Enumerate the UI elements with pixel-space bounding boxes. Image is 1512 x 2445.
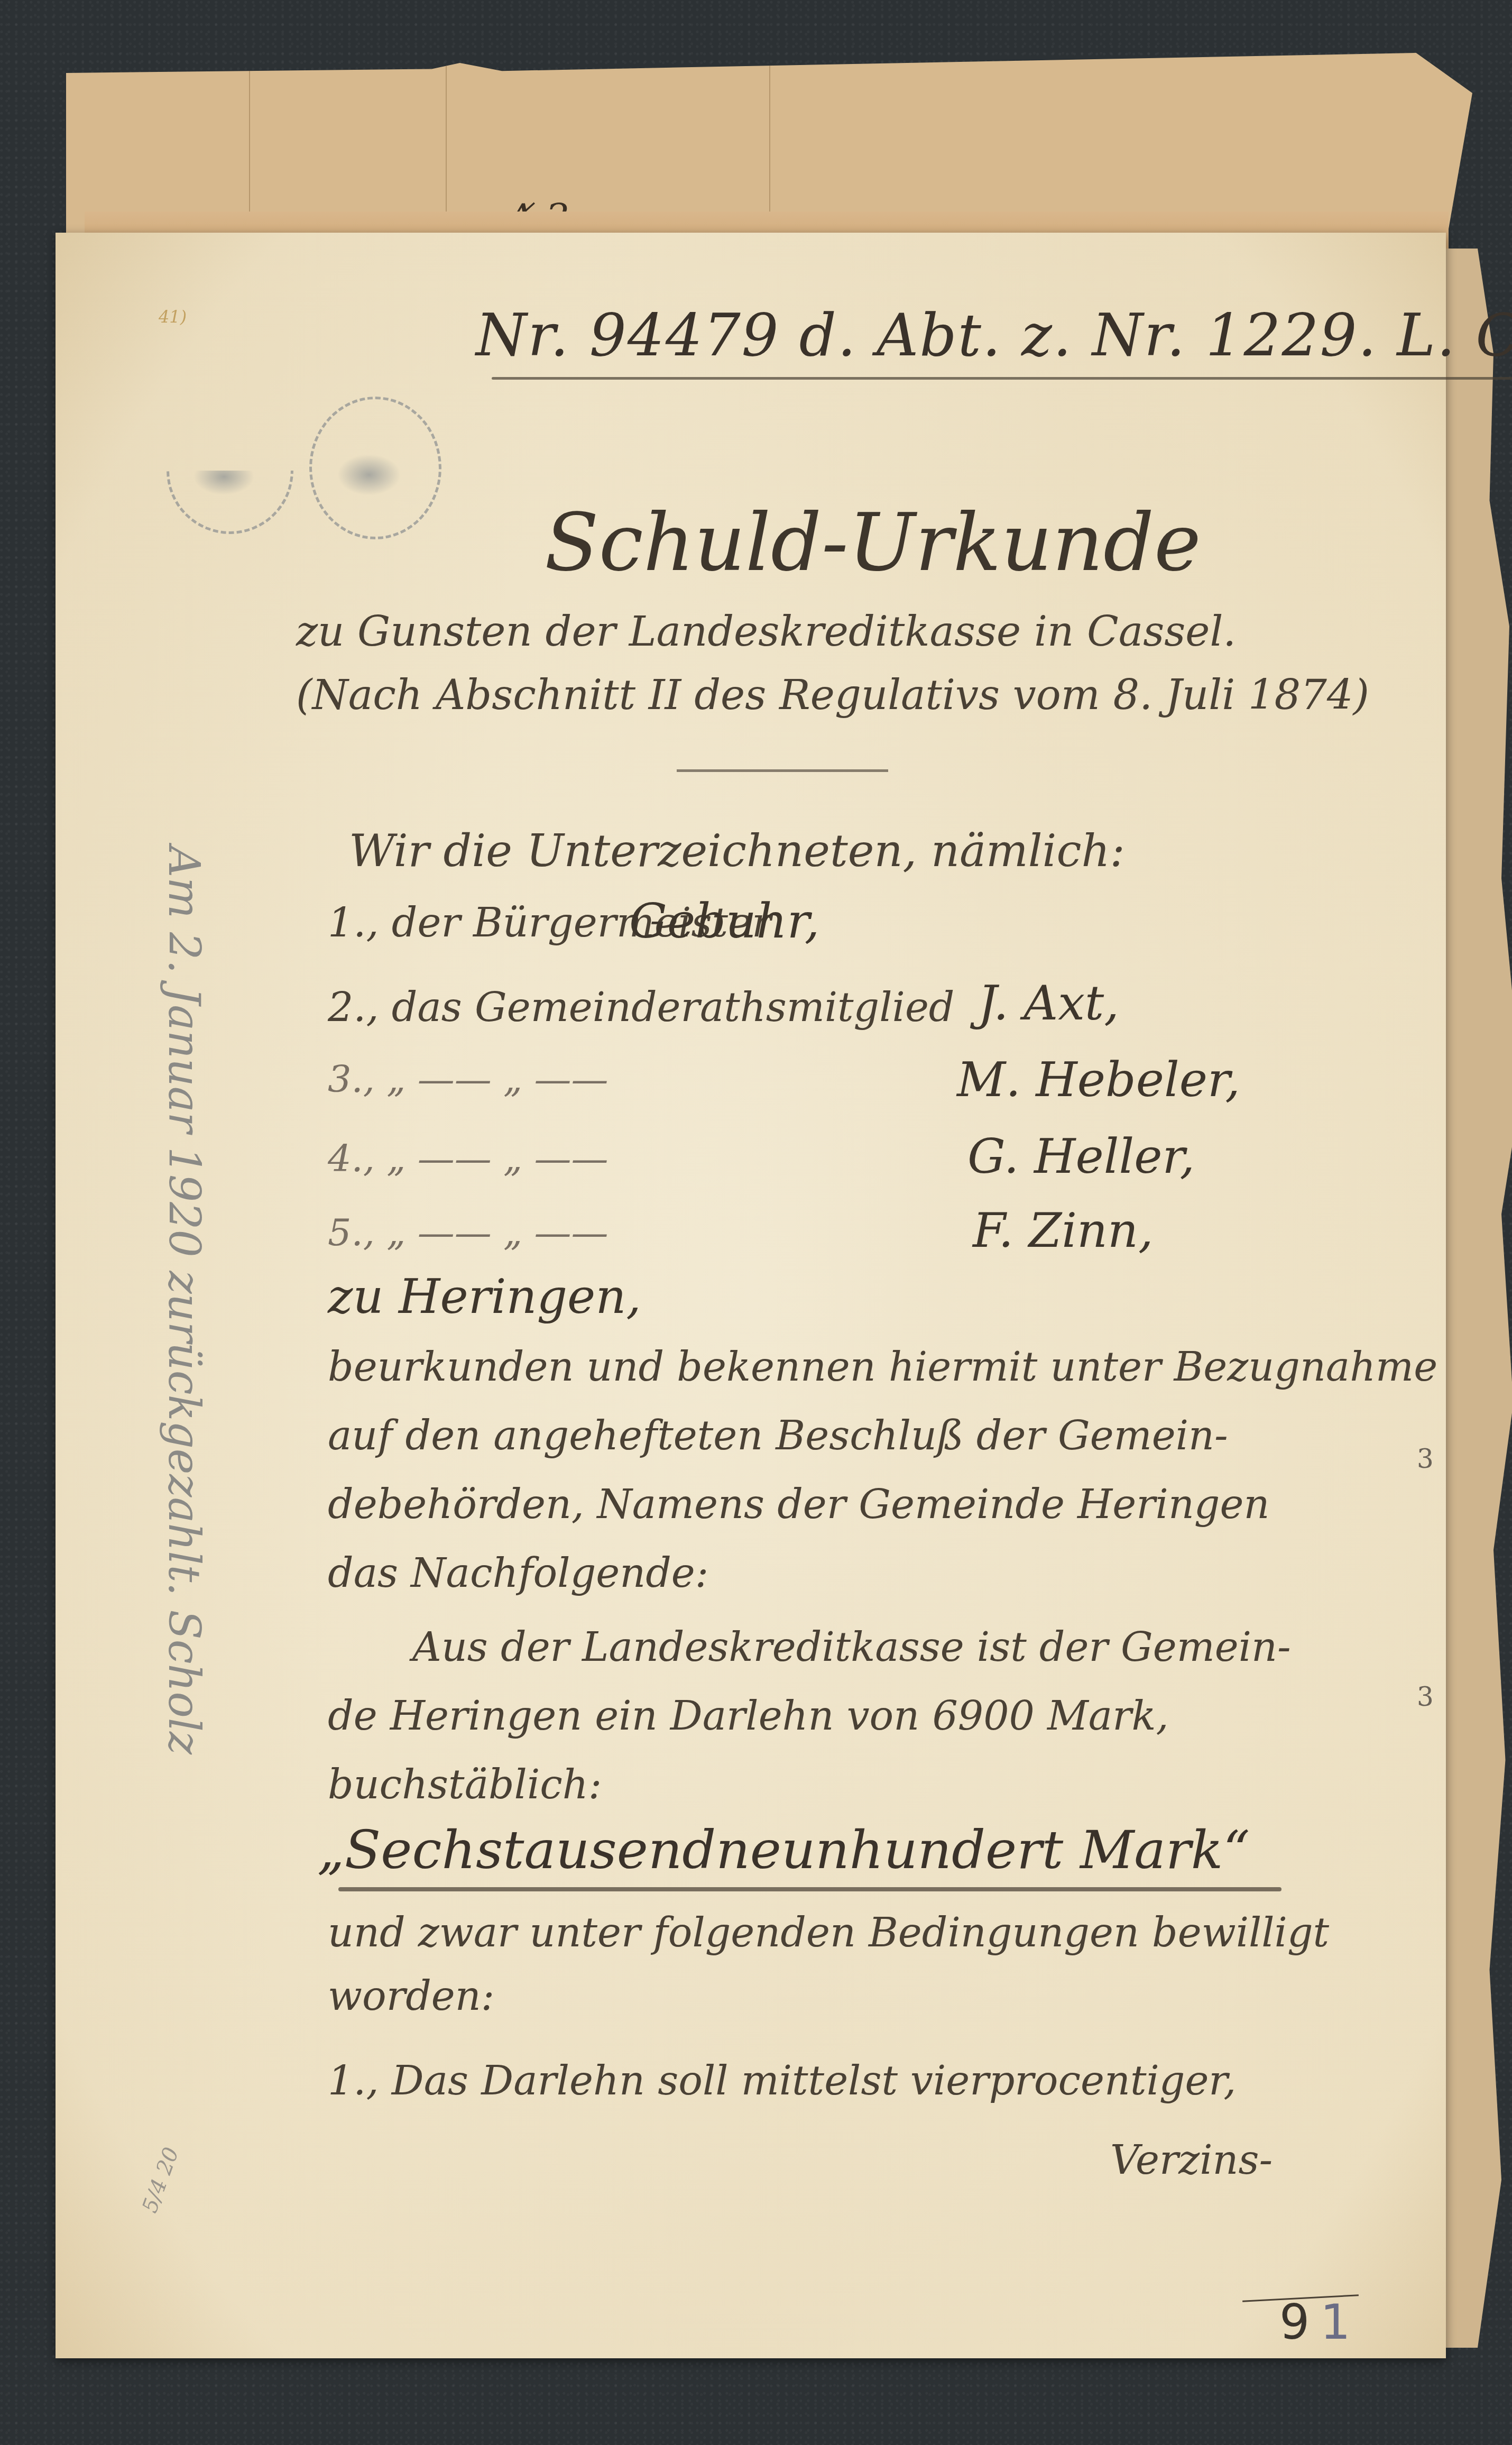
subtitle-line-2: (Nach Abschnitt II des Regulativs vom 8.… xyxy=(296,672,1369,719)
body-line: Aus der Landeskreditkasse ist der Gemein… xyxy=(412,1623,1291,1670)
body-line: debehörden, Namens der Gemeinde Heringen xyxy=(328,1481,1269,1528)
signatory-number: 4., xyxy=(328,1137,375,1180)
signatory-row: 2., das Gemeinderathsmitglied xyxy=(328,983,955,1031)
folio-digit: 1 xyxy=(1320,2295,1350,2350)
body-line: worden: xyxy=(328,1972,494,2019)
amount-underline xyxy=(338,1887,1281,1891)
catchword: Verzins- xyxy=(1110,2136,1273,2183)
place-line: zu Heringen, xyxy=(328,1269,641,1325)
folio-digit: 9 xyxy=(1279,2295,1310,2350)
reference-number-text: Nr. 94479 d. Abt. z. Nr. 1229. L. C. A. xyxy=(476,301,1512,369)
signatory-role: „ —— „ —— xyxy=(386,1058,608,1101)
body-line: auf den angehefteten Beschluß der Gemein… xyxy=(328,1412,1228,1459)
amount-in-words: „Sechstausendneunhundert Mark“ xyxy=(317,1819,1250,1881)
margin-repayment-note: Am 2. Januar 1920 zurückgezahlt. Scholz xyxy=(159,846,209,1754)
signatory-role: das Gemeinderathsmitglied xyxy=(392,983,955,1031)
reference-flourish xyxy=(492,377,1512,380)
signatory-number: 2., xyxy=(328,983,379,1031)
signatory-number: 5., xyxy=(328,1211,375,1254)
signatory-name: G. Heller, xyxy=(967,1129,1195,1184)
line-mark: 3 xyxy=(1417,1681,1434,1712)
signatory-number: 1., xyxy=(328,899,379,946)
body-line: das Nachfolgende: xyxy=(328,1549,708,1596)
folio-number: 91 xyxy=(1279,2295,1351,2350)
torn-page-edge xyxy=(1446,249,1512,2348)
body-line: de Heringen ein Darlehn von 6900 Mark, xyxy=(328,1692,1169,1739)
divider-rule xyxy=(677,769,888,772)
signatory-name: F. Zinn, xyxy=(973,1203,1154,1258)
signatory-row: 3., „ —— „ —— xyxy=(328,1058,609,1101)
body-line: 1., Das Darlehn soll mittelst vierprocen… xyxy=(328,2057,1237,2104)
body-line: und zwar unter folgenden Bedingungen bew… xyxy=(328,1909,1329,1956)
subtitle-line-1: zu Gunsten der Landeskreditkasse in Cass… xyxy=(296,608,1236,656)
signatory-name: J. Axt, xyxy=(978,976,1119,1031)
signatory-row: 4., „ —— „ —— xyxy=(328,1137,609,1180)
reference-number: Nr. 94479 d. Abt. z. Nr. 1229. L. C. A. xyxy=(476,301,1512,369)
document-title: Schuld-Urkunde xyxy=(545,497,1201,589)
corner-pencil-mark: 41) xyxy=(159,307,187,327)
line-mark: 3 xyxy=(1417,1444,1434,1474)
signatory-name: Gebuhr, xyxy=(629,894,819,949)
amount-text: „Sechstausendneunhundert Mark“ xyxy=(317,1819,1250,1881)
signatory-row: 5., „ —— „ —— xyxy=(328,1211,609,1254)
signatory-role: „ —— „ —— xyxy=(386,1211,608,1254)
signatory-name: M. Hebeler, xyxy=(957,1052,1240,1108)
body-line: buchstäblich: xyxy=(328,1761,602,1808)
signatory-number: 3., xyxy=(328,1058,375,1101)
signatory-role: „ —— „ —— xyxy=(386,1137,608,1180)
official-seal-right-icon xyxy=(309,397,441,539)
body-line: beurkunden und bekennen hiermit unter Be… xyxy=(328,1343,1437,1390)
intro-line: Wir die Unterzeichneten, nämlich: xyxy=(349,825,1125,877)
